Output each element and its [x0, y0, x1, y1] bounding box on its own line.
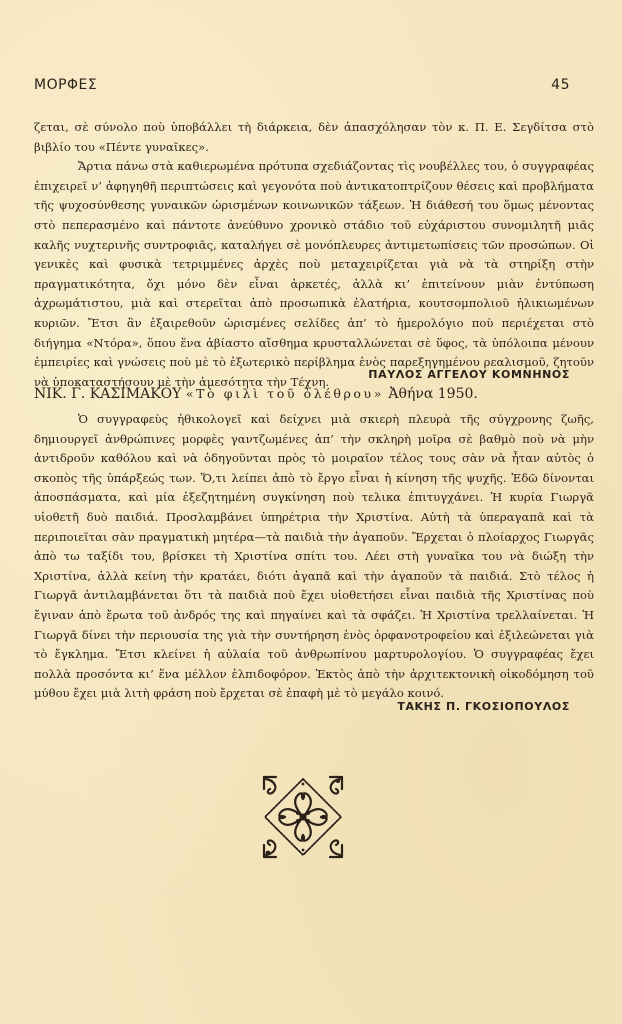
- page-number: 45: [551, 77, 570, 93]
- review-2-paragraph: Ὁ συγγραφεὺς ἠθικολογεῖ καὶ δείχνει μιὰ …: [34, 410, 594, 704]
- review-2-place-year: Ἀθήνα 1950.: [388, 386, 477, 402]
- running-head: ΜΟΡΦΕΣ 45: [34, 77, 570, 93]
- review-2-signature: ΤΑΚΗΣ Π. ΓΚΟΣΙΟΠΟΥΛΟΣ: [397, 700, 570, 713]
- review-2-heading: ΝΙΚ. Γ. ΚΑΣΙΜΑΚΟΥ «Τὸ φιλὶ τοῦ ὀλέθρου» …: [34, 386, 594, 402]
- review-2-body: Ὁ συγγραφεὺς ἠθικολογεῖ καὶ δείχνει μιὰ …: [34, 410, 594, 704]
- review-2-book-title: «Τὸ φιλὶ τοῦ ὀλέθρου»: [186, 386, 384, 401]
- floral-ornament-icon: [262, 775, 344, 859]
- journal-page: ΜΟΡΦΕΣ 45 ζεται, σὲ σύνολο ποὺ ὑποβάλλει…: [0, 0, 622, 1024]
- review-1-paragraph-continued: ζεται, σὲ σύνολο ποὺ ὑποβάλλει τὴ διάρκε…: [34, 118, 594, 157]
- journal-title: ΜΟΡΦΕΣ: [34, 77, 97, 93]
- review-1-paragraph: Ἄρτια πάνω στὰ καθιερωμένα πρότυπα σχεδι…: [34, 157, 594, 392]
- review-1-signature: ΠΑΥΛΟΣ ΑΓΓΕΛΟΥ ΚΟΜΝΗΝΟΣ: [368, 368, 570, 381]
- review-1-body: ζεται, σὲ σύνολο ποὺ ὑποβάλλει τὴ διάρκε…: [34, 118, 594, 392]
- review-2-author: ΝΙΚ. Γ. ΚΑΣΙΜΑΚΟΥ: [34, 386, 181, 402]
